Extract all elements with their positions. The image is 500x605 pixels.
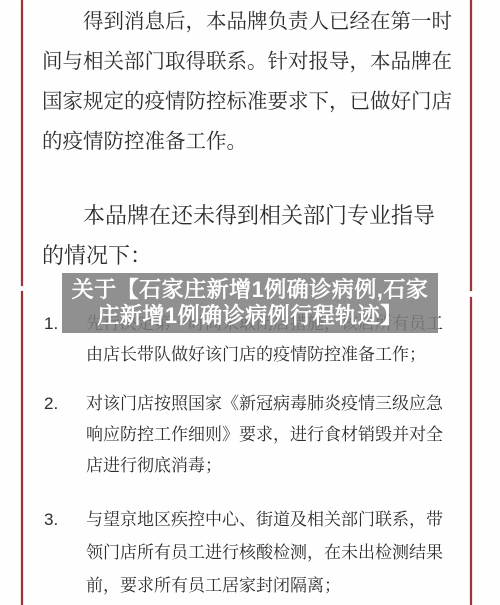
list-item-2: 2. 对该门店按照国家《新冠病毒肺炎疫情三级应急 响应防控工作细则》要求，进行食…: [42, 388, 474, 481]
headline-line: 庄新增1例确诊病例行程轨迹】: [62, 303, 438, 329]
text-line: 的情况下：: [42, 236, 462, 276]
text-line: 领门店所有员工进行核酸检测，在未出检测结果: [86, 536, 474, 569]
text-line: 得到消息后，本品牌负责人已经在第一时: [42, 2, 462, 42]
text-line: 本品牌在还未得到相关部门专业指导: [42, 196, 462, 236]
text-line: 响应防控工作细则》要求，进行食材销毁并对全: [86, 419, 474, 450]
text-line: 店进行彻底消毒；: [86, 450, 474, 481]
list-number: 1.: [44, 308, 58, 339]
text-line: 对该门店按照国家《新冠病毒肺炎疫情三级应急: [86, 388, 474, 419]
statement-document: 得到消息后，本品牌负责人已经在第一时 间与相关部门取得联系。针对报导，本品牌在 …: [0, 0, 500, 605]
text-line: 由店长带队做好该门店的疫情防控准备工作；: [86, 339, 474, 370]
paragraph-2: 本品牌在还未得到相关部门专业指导 的情况下：: [42, 196, 462, 276]
list-item-3: 3. 与望京地区疾控中心、街道及相关部门联系，带 领门店所有员工进行核酸检测，在…: [42, 503, 474, 602]
paragraph-1: 得到消息后，本品牌负责人已经在第一时 间与相关部门取得联系。针对报导，本品牌在 …: [42, 2, 462, 162]
left-border-line: [21, 291, 23, 605]
text-line: 间与相关部门取得联系。针对报导，本品牌在: [42, 42, 462, 82]
right-border-line: [470, 0, 472, 291]
left-border-line: [21, 0, 23, 286]
list-number: 3.: [44, 503, 58, 536]
text-line: 与望京地区疾控中心、街道及相关部门联系，带: [86, 503, 474, 536]
headline-line: 关于【石家庄新增1例确诊病例,石家: [62, 277, 438, 303]
text-line: 的疫情防控准备工作。: [42, 122, 462, 162]
text-line: 前，要求所有员工居家封闭隔离；: [86, 569, 474, 602]
headline-overlay: 关于【石家庄新增1例确诊病例,石家 庄新增1例确诊病例行程轨迹】: [62, 273, 438, 333]
list-number: 2.: [44, 388, 58, 419]
text-line: 国家规定的疫情防控标准要求下，已做好门店: [42, 82, 462, 122]
